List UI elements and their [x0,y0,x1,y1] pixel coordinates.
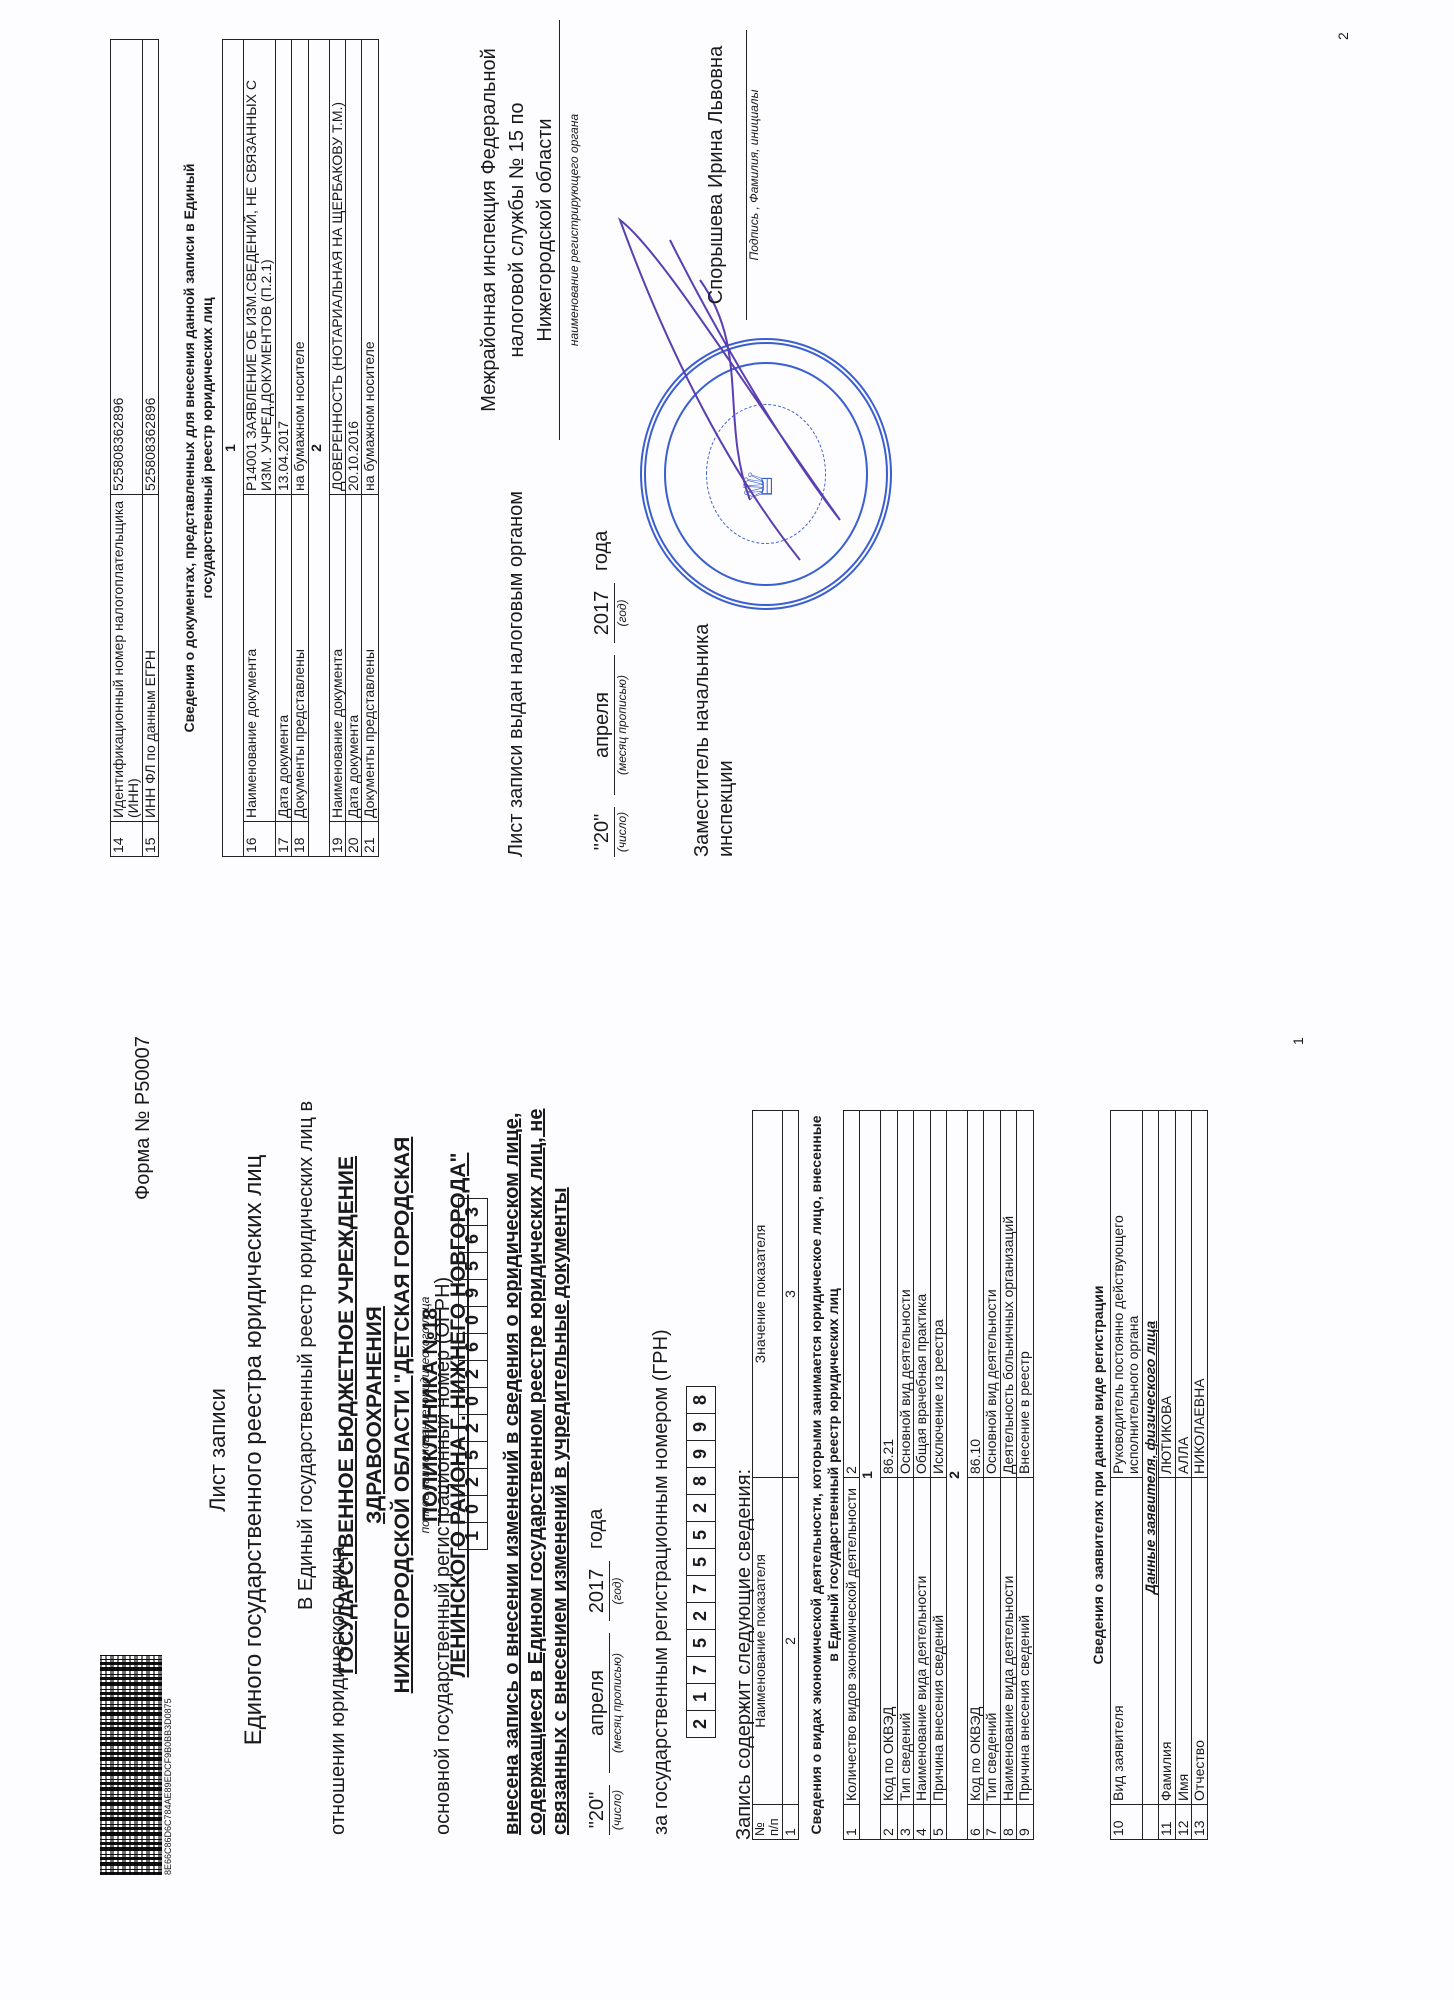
table-row: 1 [860,1111,881,1840]
row-value: 525808362896 [111,40,143,495]
row-label: Наименование документа [244,495,276,822]
digit-cell: 5 [459,1442,488,1469]
row-label: Отчество [1191,1478,1207,1805]
digit-cell: 3 [459,1199,488,1226]
entry-date: "20"(число) апреля(месяц прописью) 2017(… [585,1509,624,1835]
row-label: Документы представлены [292,495,308,822]
digit-cell: 8 [687,1387,716,1414]
row-number: 15 [142,822,158,857]
date-day: "20" [591,807,614,857]
digit-cell: 2 [459,1361,488,1388]
header-table: № п/п Наименование показателя Значение п… [752,1110,799,1840]
row-number: 1 [844,1805,860,1840]
entity-name-line: ГОСУДАРСТВЕННОЕ БЮДЖЕТНОЕ УЧРЕЖДЕНИЕ ЗДР… [333,1070,389,1760]
row-label: Дата документа [345,495,361,822]
authority-line: Межрайонная инспекция Федеральной [475,20,503,440]
ogrn-digits: 1025202609563 [458,1198,488,1550]
group-number: 1 [223,40,244,857]
row-value: Исключение из реестра [930,1111,946,1478]
table-row: 11ФамилияЛЮТИКОВА [1159,1111,1175,1840]
table-row: 13ОтчествоНИКОЛАЕВНА [1191,1111,1207,1840]
digit-cell: 1 [459,1523,488,1550]
digit-cell: 9 [687,1441,716,1468]
row-number: 16 [244,822,276,857]
entry-line: содержащиеся в Едином государственном ре… [524,1109,548,1835]
date-day-caption: (число) [615,807,629,857]
row-number: 5 [930,1805,946,1840]
row-number: 17 [275,822,291,857]
group-number: 2 [946,1111,967,1840]
table-row: 7Тип сведенийОсновной вид деятельности [984,1111,1000,1840]
digit-cell: 9 [687,1414,716,1441]
authority-name: Межрайонная инспекция Федеральной налого… [475,20,588,440]
row-number: 12 [1175,1805,1191,1840]
table-row: 21Документы представленына бумажном носи… [362,40,378,857]
barcode-text: 8E66C86D6C784AE89EDCF9B0BB3D0875 [163,1698,173,1875]
col-number-1: 1 [782,1805,798,1840]
table-row: 2 [308,40,329,857]
authority-line: Нижегородской области [531,20,559,440]
applicants-title: Сведения о заявителях при данном виде ре… [1090,1110,1106,1840]
row-number: 7 [984,1805,1000,1840]
table-row: 18Документы представленына бумажном носи… [292,40,308,857]
digit-cell: 7 [687,1576,716,1603]
row-number: 20 [345,822,361,857]
row-label: Код по ОКВЭД [967,1478,983,1805]
row-label: Наименование вида деятельности [1000,1478,1016,1805]
digit-cell: 5 [687,1630,716,1657]
row-value: Руководитель постоянно действующего испо… [1111,1111,1143,1478]
date-day-caption: (число) [610,1785,624,1835]
digit-cell: 2 [687,1711,716,1738]
digit-cell: 2 [459,1415,488,1442]
entry-statement: внесена запись о внесении изменений в св… [500,1109,572,1835]
position-line: инспекции [714,624,738,857]
row-label: Причина внесения сведений [930,1478,946,1805]
row-value: НИКОЛАЕВНА [1191,1111,1207,1478]
row-label: Наименование документа [329,495,345,822]
grn-digits: 2175275528998 [686,1386,716,1738]
digit-cell: 1 [687,1684,716,1711]
table-row: 5Причина внесения сведенийИсключение из … [930,1111,946,1840]
entity-caption: полное наименование юридического лица [418,1070,432,1760]
digit-cell: 2 [459,1469,488,1496]
row-value: 86.21 [881,1111,897,1478]
row-label: Наименование вида деятельности [914,1478,930,1805]
digit-cell: 0 [459,1496,488,1523]
row-number: 6 [967,1805,983,1840]
date-month: апреля [591,655,614,795]
table-row: 4Наименование вида деятельностиОбщая вра… [914,1111,930,1840]
table-row: 2Код по ОКВЭД86.21 [881,1111,897,1840]
digit-cell: 2 [687,1495,716,1522]
entry-line: связанных с внесением изменений в учреди… [548,1109,572,1835]
table-row: 2 [946,1111,967,1840]
row-value: на бумажном носителе [292,40,308,495]
date-year: 2017 [591,583,614,643]
authority-line: налоговой службы № 15 по [503,20,531,440]
row-value: Р14001 ЗАЯВЛЕНИЕ ОБ ИЗМ.СВЕДЕНИЙ, НЕ СВЯ… [244,40,276,495]
digit-cell: 5 [459,1253,488,1280]
okved-table: 1Количество видов экономической деятельн… [843,1110,1034,1840]
digit-cell: 0 [459,1388,488,1415]
digit-cell: 9 [459,1280,488,1307]
table-row: 9Причина внесения сведенийВнесение в рее… [1017,1111,1033,1840]
row-number: 21 [362,822,378,857]
table-row: 10Вид заявителяРуководитель постоянно де… [1111,1111,1143,1840]
barcode [100,1655,162,1875]
table-row: 3Тип сведенийОсновной вид деятельности [897,1111,913,1840]
row-number: 2 [881,1805,897,1840]
applicant-table: 10Вид заявителяРуководитель постоянно де… [1110,1110,1208,1840]
table-row: 1 [223,40,244,857]
inn-table: 14Идентификационный номер налогоплательщ… [110,39,159,857]
ogrn-label: основной государственный регистрационный… [432,1277,455,1835]
digit-cell: 5 [687,1522,716,1549]
table-row: Данные заявителя, физического лица [1142,1111,1158,1840]
row-label: Фамилия [1159,1478,1175,1805]
page-number: 1 [1290,1037,1306,1045]
row-number: 14 [111,822,143,857]
title-line-1: Лист записи [205,1100,231,1800]
digit-cell: 7 [687,1657,716,1684]
date-year-caption: (год) [615,583,629,643]
digit-cell: 6 [459,1226,488,1253]
row-number: 3 [897,1805,913,1840]
row-value: Деятельность больничных организаций [1000,1111,1016,1478]
page-1: 8E66C86D6C784AE89EDCF9B0BB3D0875 Форма №… [0,1000,1454,2000]
table-row: 6Код по ОКВЭД86.10 [967,1111,983,1840]
row-label: Дата документа [275,495,291,822]
okved-title: Сведения о видах экономической деятельно… [808,1110,842,1840]
table-row: 12ИмяАЛЛА [1175,1111,1191,1840]
row-label: ИНН ФЛ по данным ЕГРН [142,495,158,822]
row-number: 4 [914,1805,930,1840]
date-day: "20" [586,1785,609,1835]
row-number: 9 [1017,1805,1033,1840]
authority-caption: наименование регистрирующего органа [560,20,588,440]
row-label: Вид заявителя [1111,1478,1143,1805]
scanned-document-rotated: 8E66C86D6C784AE89EDCF9B0BB3D0875 Форма №… [0,0,1454,2000]
row-value: ЛЮТИКОВА [1159,1111,1175,1478]
row-number: 19 [329,822,345,857]
row-label: Идентификационный номер налогоплательщик… [111,495,143,822]
table-row: 16Наименование документаР14001 ЗАЯВЛЕНИЕ… [244,40,276,857]
row-value: Основной вид деятельности [984,1111,1000,1478]
row-value: на бумажном носителе [362,40,378,495]
signer-block: Спорышева Ирина Львовна Подпись , Фамили… [705,30,761,320]
position-line: Заместитель начальника [690,624,714,857]
title-line-2: Единого государственного реестра юридиче… [240,1100,268,1800]
page-2: 14Идентификационный номер налогоплательщ… [0,0,1454,1000]
col-number-3: 3 [782,1111,798,1478]
row-value: Основной вид деятельности [897,1111,913,1478]
table-row: 14Идентификационный номер налогоплательщ… [111,40,143,857]
entry-line: внесена запись о внесении изменений в св… [500,1109,524,1835]
signer-name: Спорышева Ирина Львовна [705,30,728,320]
digit-cell: 0 [459,1307,488,1334]
subheader: Данные заявителя, физического лица [1142,1111,1158,1805]
col-header-name: Наименование показателя [753,1478,783,1805]
row-value: Общая врачебная практика [914,1111,930,1478]
date-suffix: года [585,1509,624,1549]
table-row: 15ИНН ФЛ по данным ЕГРН525808362896 [142,40,158,857]
col-header-number: № п/п [753,1805,783,1840]
row-value: 525808362896 [142,40,158,495]
col-number-2: 2 [782,1478,798,1805]
docs-table: 116Наименование документаР14001 ЗАЯВЛЕНИ… [222,39,379,857]
docs-title: Сведения о документах, представленных дл… [180,39,216,857]
date-month-caption: (месяц прописью) [610,1633,624,1773]
row-number: 8 [1000,1805,1016,1840]
row-number: 18 [292,822,308,857]
digit-cell: 8 [687,1468,716,1495]
date-year: 2017 [586,1561,609,1621]
table-row: 1Количество видов экономической деятельн… [844,1111,860,1840]
col-header-value: Значение показателя [753,1111,783,1478]
row-label: Документы представлены [362,495,378,822]
row-value: ДОВЕРЕННОСТЬ (НОТАРИАЛЬНАЯ НА ЩЕРБАКОВУ … [329,40,345,495]
row-value: АЛЛА [1175,1111,1191,1478]
date-month-caption: (месяц прописью) [615,655,629,795]
group-number: 2 [308,40,329,857]
digit-cell: 2 [687,1603,716,1630]
row-label: Имя [1175,1478,1191,1805]
row-label: Тип сведений [984,1478,1000,1805]
table-row: 8Наименование вида деятельностиДеятельно… [1000,1111,1016,1840]
row-value: 2 [844,1111,860,1478]
row-value: Внесение в реестр [1017,1111,1033,1478]
table-row: 20Дата документа20.10.2016 [345,40,361,857]
grn-label: за государственным регистрационным номер… [650,1329,673,1835]
table-row: 19Наименование документаДОВЕРЕННОСТЬ (НО… [329,40,345,857]
row-number: 10 [1111,1805,1143,1840]
digit-cell: 5 [687,1549,716,1576]
form-label: Форма № Р50007 [132,1036,155,1200]
row-number: 11 [1159,1805,1175,1840]
group-number: 1 [860,1111,881,1840]
digit-cell: 6 [459,1334,488,1361]
row-label: Код по ОКВЭД [881,1478,897,1805]
position-title: Заместитель начальника инспекции [690,624,738,857]
row-value: 13.04.2017 [275,40,291,495]
row-label: Тип сведений [897,1478,913,1805]
row-label: Количество видов экономической деятельно… [844,1478,860,1805]
row-label: Причина внесения сведений [1017,1478,1033,1805]
row-value: 20.10.2016 [345,40,361,495]
date-year-caption: (год) [610,1561,624,1621]
signer-caption: Подпись , Фамилия, инициалы [747,30,761,320]
row-number: 13 [1191,1805,1207,1840]
table-row: 17Дата документа13.04.2017 [275,40,291,857]
row-value: 86.10 [967,1111,983,1478]
issued-label: Лист записи выдан налоговым органом [505,491,528,857]
date-month: апреля [586,1633,609,1773]
page-number: 2 [1335,32,1351,40]
